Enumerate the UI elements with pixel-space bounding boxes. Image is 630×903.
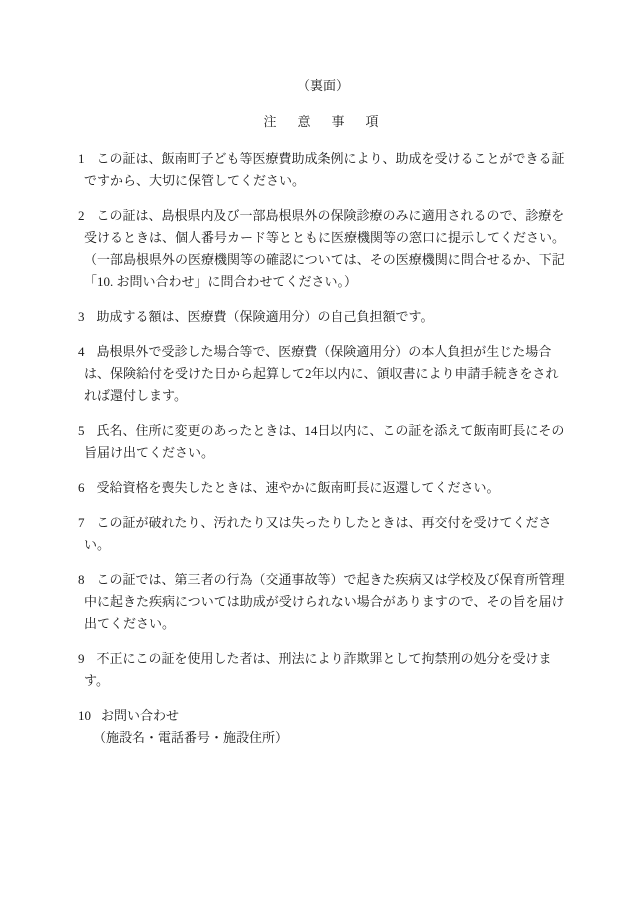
item-number: 1 [78, 151, 85, 166]
item-text: 受給資格を喪失したときは、速やかに飯南町長に返還してください。 [97, 480, 500, 495]
notice-item-10: 10お問い合わせ （施設名・電話番号・施設住所） [78, 705, 568, 749]
notice-item-5: 5氏名、住所に変更のあったときは、14日以内に、この証を添えて飯南町長にその旨届… [78, 420, 568, 464]
item-text: この証では、第三者の行為（交通事故等）で起きた疾病又は学校及び保育所管理中に起き… [84, 572, 565, 631]
notice-item-6: 6受給資格を喪失したときは、速やかに飯南町長に返還してください。 [78, 477, 568, 499]
notice-item-8: 8この証では、第三者の行為（交通事故等）で起きた疾病又は学校及び保育所管理中に起… [78, 569, 568, 635]
contact-detail-line: （施設名・電話番号・施設住所） [78, 727, 568, 749]
item-number: 3 [78, 309, 85, 324]
item-number: 2 [78, 208, 85, 223]
item-number: 10 [78, 708, 91, 723]
item-number: 8 [78, 572, 85, 587]
notice-item-2: 2この証は、島根県内及び一部島根県外の保険診療のみに適用されるので、診療を受ける… [78, 205, 568, 293]
item-number: 4 [78, 344, 85, 359]
item-text: 島根県外で受診した場合等で、医療費（保険適用分）の本人負担が生じた場合は、保険給… [84, 344, 559, 403]
item-text: この証が破れたり、汚れたり又は失ったりしたときは、再交付を受けてください。 [84, 515, 552, 552]
item-text: 助成する額は、医療費（保険適用分）の自己負担額です。 [97, 309, 434, 324]
item-number: 9 [78, 651, 85, 666]
item-number: 7 [78, 515, 85, 530]
item-number: 6 [78, 480, 85, 495]
item-text: お問い合わせ [101, 708, 179, 723]
item-text: この証は、飯南町子ども等医療費助成条例により、助成を受けることができる証ですから… [84, 151, 565, 188]
notice-title: 注 意 事 項 [78, 111, 568, 133]
item-text: 氏名、住所に変更のあったときは、14日以内に、この証を添えて飯南町長にその旨届け… [84, 423, 564, 460]
item-number: 5 [78, 423, 85, 438]
item-text: 不正にこの証を使用した者は、刑法により詐欺罪として拘禁刑の処分を受けます。 [84, 651, 552, 688]
contact-heading-line: 10お問い合わせ [78, 705, 568, 727]
document-page: （裏面） 注 意 事 項 1この証は、飯南町子ども等医療費助成条例により、助成を… [0, 0, 630, 903]
back-side-label: （裏面） [78, 75, 568, 97]
notice-item-7: 7この証が破れたり、汚れたり又は失ったりしたときは、再交付を受けてください。 [78, 512, 568, 556]
notice-item-9: 9不正にこの証を使用した者は、刑法により詐欺罪として拘禁刑の処分を受けます。 [78, 648, 568, 692]
notice-item-3: 3助成する額は、医療費（保険適用分）の自己負担額です。 [78, 306, 568, 328]
notice-item-1: 1この証は、飯南町子ども等医療費助成条例により、助成を受けることができる証ですか… [78, 148, 568, 192]
item-text: この証は、島根県内及び一部島根県外の保険診療のみに適用されるので、診療を受けると… [84, 208, 565, 289]
notice-item-4: 4島根県外で受診した場合等で、医療費（保険適用分）の本人負担が生じた場合は、保険… [78, 341, 568, 407]
